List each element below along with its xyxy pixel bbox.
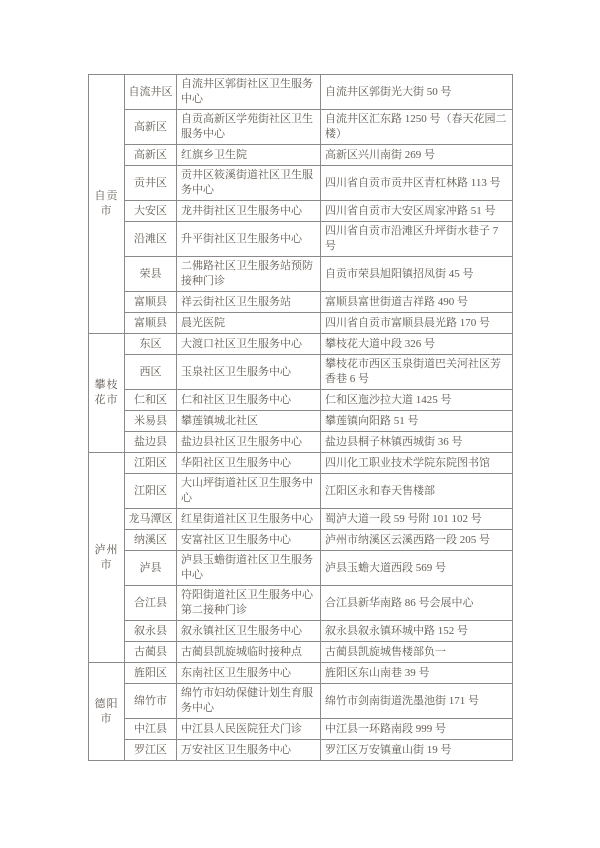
table-row: 沿滩区升平街社区卫生服务中心四川省自贡市沿滩区升坪街水巷子 7 号 <box>89 222 513 257</box>
district-cell: 富顺县 <box>125 292 177 313</box>
table-row: 贡井区贡井区筱溪街道社区卫生服务中心四川省自贡市贡井区青杠林路 113 号 <box>89 166 513 201</box>
facility-cell: 盐边县社区卫生服务中心 <box>177 432 321 453</box>
district-cell: 东区 <box>125 334 177 355</box>
facility-cell: 安富社区卫生服务中心 <box>177 530 321 551</box>
city-cell: 自贡市 <box>89 75 125 334</box>
district-cell: 江阳区 <box>125 474 177 509</box>
district-cell: 贡井区 <box>125 166 177 201</box>
facility-cell: 仁和社区卫生服务中心 <box>177 390 321 411</box>
address-cell: 自流井区郭街光大街 50 号 <box>321 75 513 110</box>
district-cell: 沿滩区 <box>125 222 177 257</box>
address-cell: 自贡市荣县旭阳镇招凤街 45 号 <box>321 257 513 292</box>
table-row: 叙永县叙永镇社区卫生服务中心叙永县叙永镇环城中路 152 号 <box>89 621 513 642</box>
table-row: 高新区自贡高新区学苑街社区卫生服务中心自流井区汇东路 1250 号（春天花园二楼… <box>89 110 513 145</box>
table-row: 泸州市江阳区华阳社区卫生服务中心四川化工职业技术学院东院图书馆 <box>89 453 513 474</box>
district-cell: 叙永县 <box>125 621 177 642</box>
address-cell: 蜀泸大道一段 59 号附 101 102 号 <box>321 509 513 530</box>
district-cell: 罗江区 <box>125 740 177 761</box>
address-cell: 绵竹市剑南街道洗墨池街 171 号 <box>321 684 513 719</box>
address-cell: 四川省自贡市贡井区青杠林路 113 号 <box>321 166 513 201</box>
facility-cell: 红旗乡卫生院 <box>177 145 321 166</box>
table-row: 盐边县盐边县社区卫生服务中心盐边县桐子林镇西城街 36 号 <box>89 432 513 453</box>
table-row: 龙马潭区红星街道社区卫生服务中心蜀泸大道一段 59 号附 101 102 号 <box>89 509 513 530</box>
district-cell: 高新区 <box>125 145 177 166</box>
facility-cell: 红星街道社区卫生服务中心 <box>177 509 321 530</box>
address-cell: 四川化工职业技术学院东院图书馆 <box>321 453 513 474</box>
address-cell: 旌阳区东山南巷 39 号 <box>321 663 513 684</box>
table-row: 自贡市自流井区自流井区郭街社区卫生服务中心自流井区郭街光大街 50 号 <box>89 75 513 110</box>
facility-cell: 古蔺县凯旋城临时接种点 <box>177 642 321 663</box>
facility-cell: 龙井街社区卫生服务中心 <box>177 201 321 222</box>
address-cell: 泸州市纳溪区云溪西路一段 205 号 <box>321 530 513 551</box>
table-row: 纳溪区安富社区卫生服务中心泸州市纳溪区云溪西路一段 205 号 <box>89 530 513 551</box>
facility-cell: 大山坪街道社区卫生服务中心 <box>177 474 321 509</box>
city-cell: 攀枝花市 <box>89 334 125 453</box>
facility-cell: 大渡口社区卫生服务中心 <box>177 334 321 355</box>
address-cell: 泸县玉蟾大道西段 569 号 <box>321 551 513 586</box>
district-cell: 泸县 <box>125 551 177 586</box>
facility-cell: 中江县人民医院狂犬门诊 <box>177 719 321 740</box>
address-cell: 四川省自贡市沿滩区升坪街水巷子 7 号 <box>321 222 513 257</box>
district-cell: 江阳区 <box>125 453 177 474</box>
facility-cell: 绵竹市妇幼保健计划生育服务中心 <box>177 684 321 719</box>
table-row: 绵竹市绵竹市妇幼保健计划生育服务中心绵竹市剑南街道洗墨池街 171 号 <box>89 684 513 719</box>
district-cell: 仁和区 <box>125 390 177 411</box>
district-cell: 盐边县 <box>125 432 177 453</box>
table-row: 仁和区仁和社区卫生服务中心仁和区迤沙拉大道 1425 号 <box>89 390 513 411</box>
district-cell: 绵竹市 <box>125 684 177 719</box>
table-row: 荣县二佛路社区卫生服务站预防接种门诊自贡市荣县旭阳镇招凤街 45 号 <box>89 257 513 292</box>
health-centers-table: 自贡市自流井区自流井区郭街社区卫生服务中心自流井区郭街光大街 50 号高新区自贡… <box>88 74 513 761</box>
district-cell: 旌阳区 <box>125 663 177 684</box>
table-row: 德阳市旌阳区东南社区卫生服务中心旌阳区东山南巷 39 号 <box>89 663 513 684</box>
city-cell: 德阳市 <box>89 663 125 761</box>
table-row: 泸县泸县玉蟾街道社区卫生服务中心泸县玉蟾大道西段 569 号 <box>89 551 513 586</box>
city-cell: 泸州市 <box>89 453 125 663</box>
address-cell: 攀枝花市西区玉泉街道巴关河社区芳香巷 6 号 <box>321 355 513 390</box>
district-cell: 古蔺县 <box>125 642 177 663</box>
table-row: 米易县攀莲镇城北社区攀莲镇向阳路 51 号 <box>89 411 513 432</box>
table-row: 罗江区万安社区卫生服务中心罗江区万安镇童山街 19 号 <box>89 740 513 761</box>
facility-cell: 泸县玉蟾街道社区卫生服务中心 <box>177 551 321 586</box>
facility-cell: 叙永镇社区卫生服务中心 <box>177 621 321 642</box>
facility-cell: 攀莲镇城北社区 <box>177 411 321 432</box>
document-page: 自贡市自流井区自流井区郭街社区卫生服务中心自流井区郭街光大街 50 号高新区自贡… <box>0 0 600 848</box>
address-cell: 富顺县富世街道吉祥路 490 号 <box>321 292 513 313</box>
facility-cell: 华阳社区卫生服务中心 <box>177 453 321 474</box>
table-row: 富顺县祥云街社区卫生服务站富顺县富世街道吉祥路 490 号 <box>89 292 513 313</box>
facility-cell: 自流井区郭街社区卫生服务中心 <box>177 75 321 110</box>
facility-cell: 祥云街社区卫生服务站 <box>177 292 321 313</box>
facility-cell: 升平街社区卫生服务中心 <box>177 222 321 257</box>
facility-cell: 万安社区卫生服务中心 <box>177 740 321 761</box>
table-row: 江阳区大山坪街道社区卫生服务中心江阳区永和春天售楼部 <box>89 474 513 509</box>
district-cell: 龙马潭区 <box>125 509 177 530</box>
facility-cell: 贡井区筱溪街道社区卫生服务中心 <box>177 166 321 201</box>
table-row: 富顺县晨光医院四川省自贡市富顺县晨光路 170 号 <box>89 313 513 334</box>
address-cell: 高新区兴川南街 269 号 <box>321 145 513 166</box>
address-cell: 四川省自贡市富顺县晨光路 170 号 <box>321 313 513 334</box>
facility-cell: 自贡高新区学苑街社区卫生服务中心 <box>177 110 321 145</box>
table-row: 中江县中江县人民医院狂犬门诊中江县一环路南段 999 号 <box>89 719 513 740</box>
facility-cell: 东南社区卫生服务中心 <box>177 663 321 684</box>
address-cell: 罗江区万安镇童山街 19 号 <box>321 740 513 761</box>
table-row: 西区玉泉社区卫生服务中心攀枝花市西区玉泉街道巴关河社区芳香巷 6 号 <box>89 355 513 390</box>
district-cell: 大安区 <box>125 201 177 222</box>
address-cell: 古蔺县凯旋城售楼部负一 <box>321 642 513 663</box>
district-cell: 米易县 <box>125 411 177 432</box>
address-cell: 盐边县桐子林镇西城街 36 号 <box>321 432 513 453</box>
facility-cell: 玉泉社区卫生服务中心 <box>177 355 321 390</box>
facility-cell: 符阳街道社区卫生服务中心第二接种门诊 <box>177 586 321 621</box>
address-cell: 四川省自贡市大安区周家冲路 51 号 <box>321 201 513 222</box>
address-cell: 叙永县叙永镇环城中路 152 号 <box>321 621 513 642</box>
address-cell: 自流井区汇东路 1250 号（春天花园二楼） <box>321 110 513 145</box>
address-cell: 攀枝花大道中段 326 号 <box>321 334 513 355</box>
district-cell: 荣县 <box>125 257 177 292</box>
address-cell: 仁和区迤沙拉大道 1425 号 <box>321 390 513 411</box>
district-cell: 自流井区 <box>125 75 177 110</box>
address-cell: 中江县一环路南段 999 号 <box>321 719 513 740</box>
table-row: 古蔺县古蔺县凯旋城临时接种点古蔺县凯旋城售楼部负一 <box>89 642 513 663</box>
address-cell: 合江县新华南路 86 号会展中心 <box>321 586 513 621</box>
table-row: 攀枝花市东区大渡口社区卫生服务中心攀枝花大道中段 326 号 <box>89 334 513 355</box>
table-row: 大安区龙井街社区卫生服务中心四川省自贡市大安区周家冲路 51 号 <box>89 201 513 222</box>
district-cell: 高新区 <box>125 110 177 145</box>
facility-cell: 二佛路社区卫生服务站预防接种门诊 <box>177 257 321 292</box>
district-cell: 中江县 <box>125 719 177 740</box>
facility-cell: 晨光医院 <box>177 313 321 334</box>
address-cell: 江阳区永和春天售楼部 <box>321 474 513 509</box>
table-row: 高新区红旗乡卫生院高新区兴川南街 269 号 <box>89 145 513 166</box>
district-cell: 合江县 <box>125 586 177 621</box>
district-cell: 富顺县 <box>125 313 177 334</box>
district-cell: 纳溪区 <box>125 530 177 551</box>
district-cell: 西区 <box>125 355 177 390</box>
table-row: 合江县符阳街道社区卫生服务中心第二接种门诊合江县新华南路 86 号会展中心 <box>89 586 513 621</box>
address-cell: 攀莲镇向阳路 51 号 <box>321 411 513 432</box>
health-centers-table-body: 自贡市自流井区自流井区郭街社区卫生服务中心自流井区郭街光大街 50 号高新区自贡… <box>89 75 513 761</box>
